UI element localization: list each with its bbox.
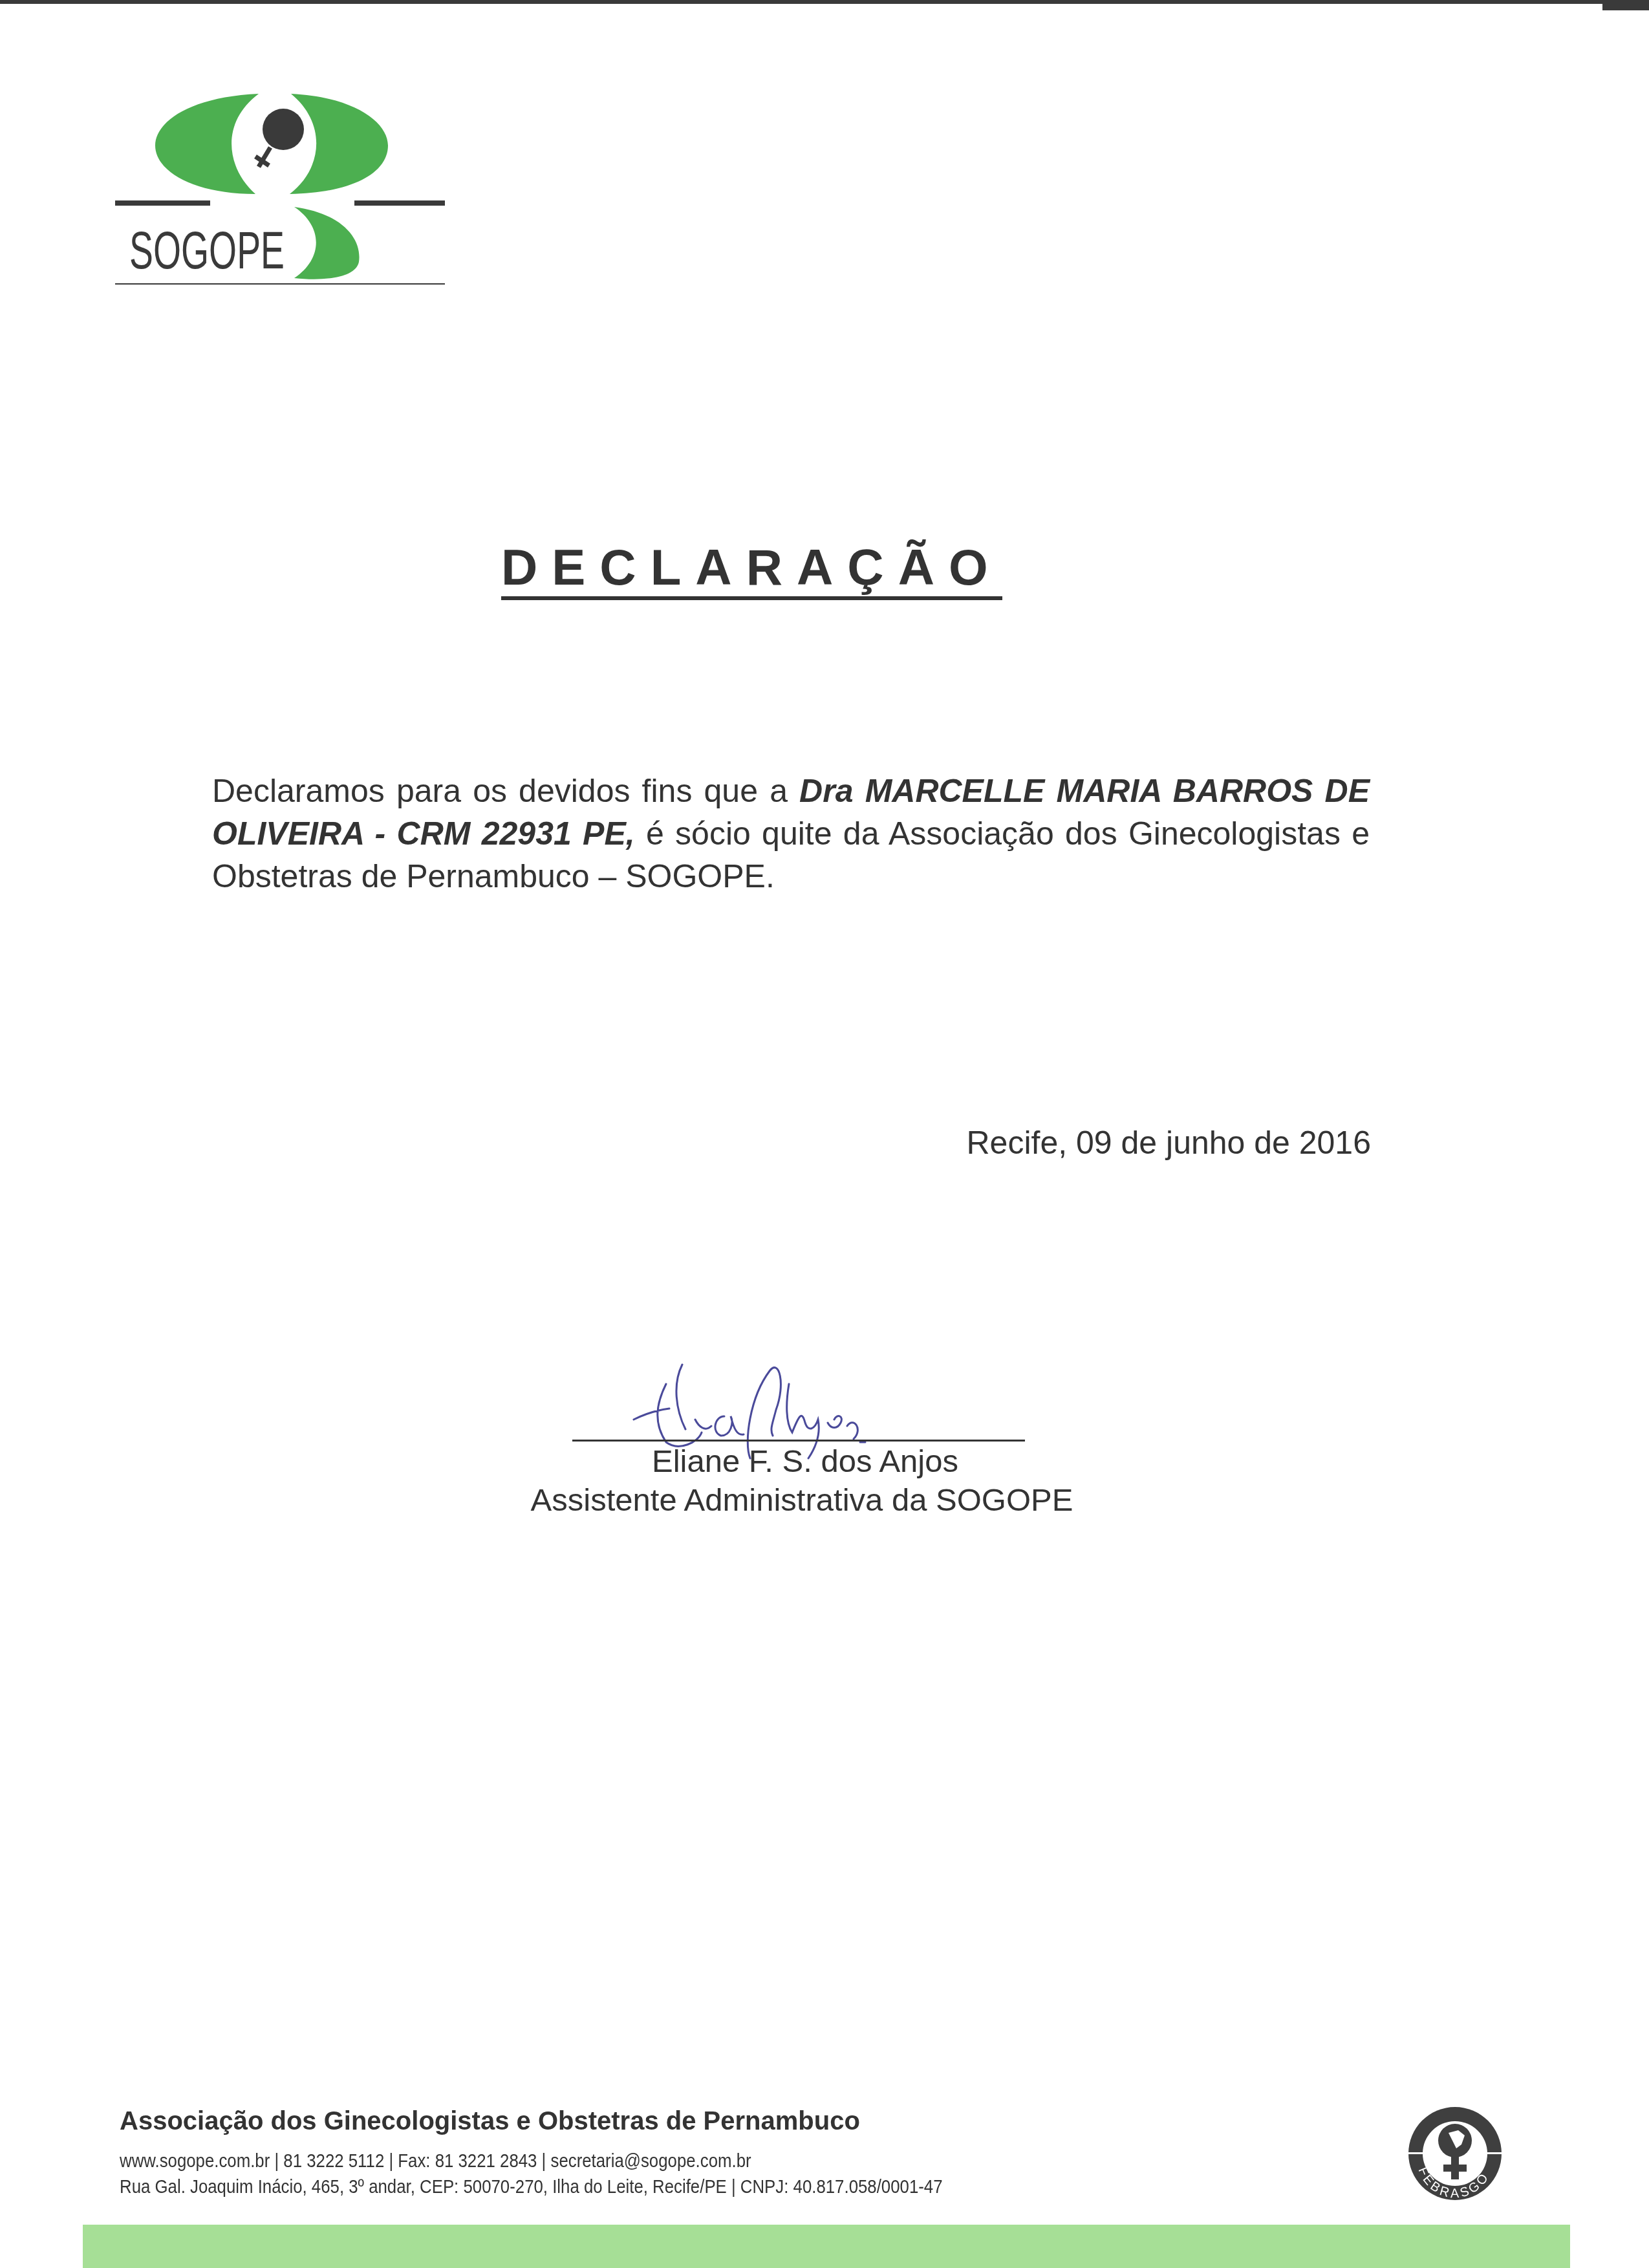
logo-rule-right: [354, 200, 445, 206]
declaration-body: Declaramos para os devidos fins que a Dr…: [212, 770, 1370, 898]
febrasgo-logo: FEBRASGO: [1403, 2102, 1507, 2205]
signatory-role: Assistente Administrativa da SOGOPE: [479, 1482, 1125, 1518]
member-state: PE,: [572, 815, 635, 852]
logo-rule-bottom: [115, 283, 445, 285]
footer-green-band: [83, 2225, 1570, 2268]
scan-edge-corner: [1602, 0, 1649, 10]
scan-edge-top: [0, 0, 1649, 4]
signature-line: [572, 1440, 1025, 1442]
footer-address: Rua Gal. Joaquim Inácio, 465, 3º andar, …: [120, 2176, 943, 2198]
logo-rule-left: [115, 200, 210, 206]
body-intro: Declaramos para os devidos fins que a: [212, 773, 799, 809]
document-date: Recife, 09 de junho de 2016: [967, 1124, 1372, 1161]
female-symbol-icon: [255, 109, 304, 167]
signatory-name: Eliane F. S. dos Anjos: [504, 1443, 1106, 1480]
document-title: DECLARAÇÃO: [501, 542, 1002, 600]
footer-contact: www.sogope.com.br | 81 3222 5112 | Fax: …: [120, 2150, 751, 2172]
logo-text: SOGOPE: [129, 221, 285, 280]
footer-organization: Associação dos Ginecologistas e Obstetra…: [120, 2107, 860, 2136]
sogope-logo: SOGOPE: [110, 84, 453, 285]
